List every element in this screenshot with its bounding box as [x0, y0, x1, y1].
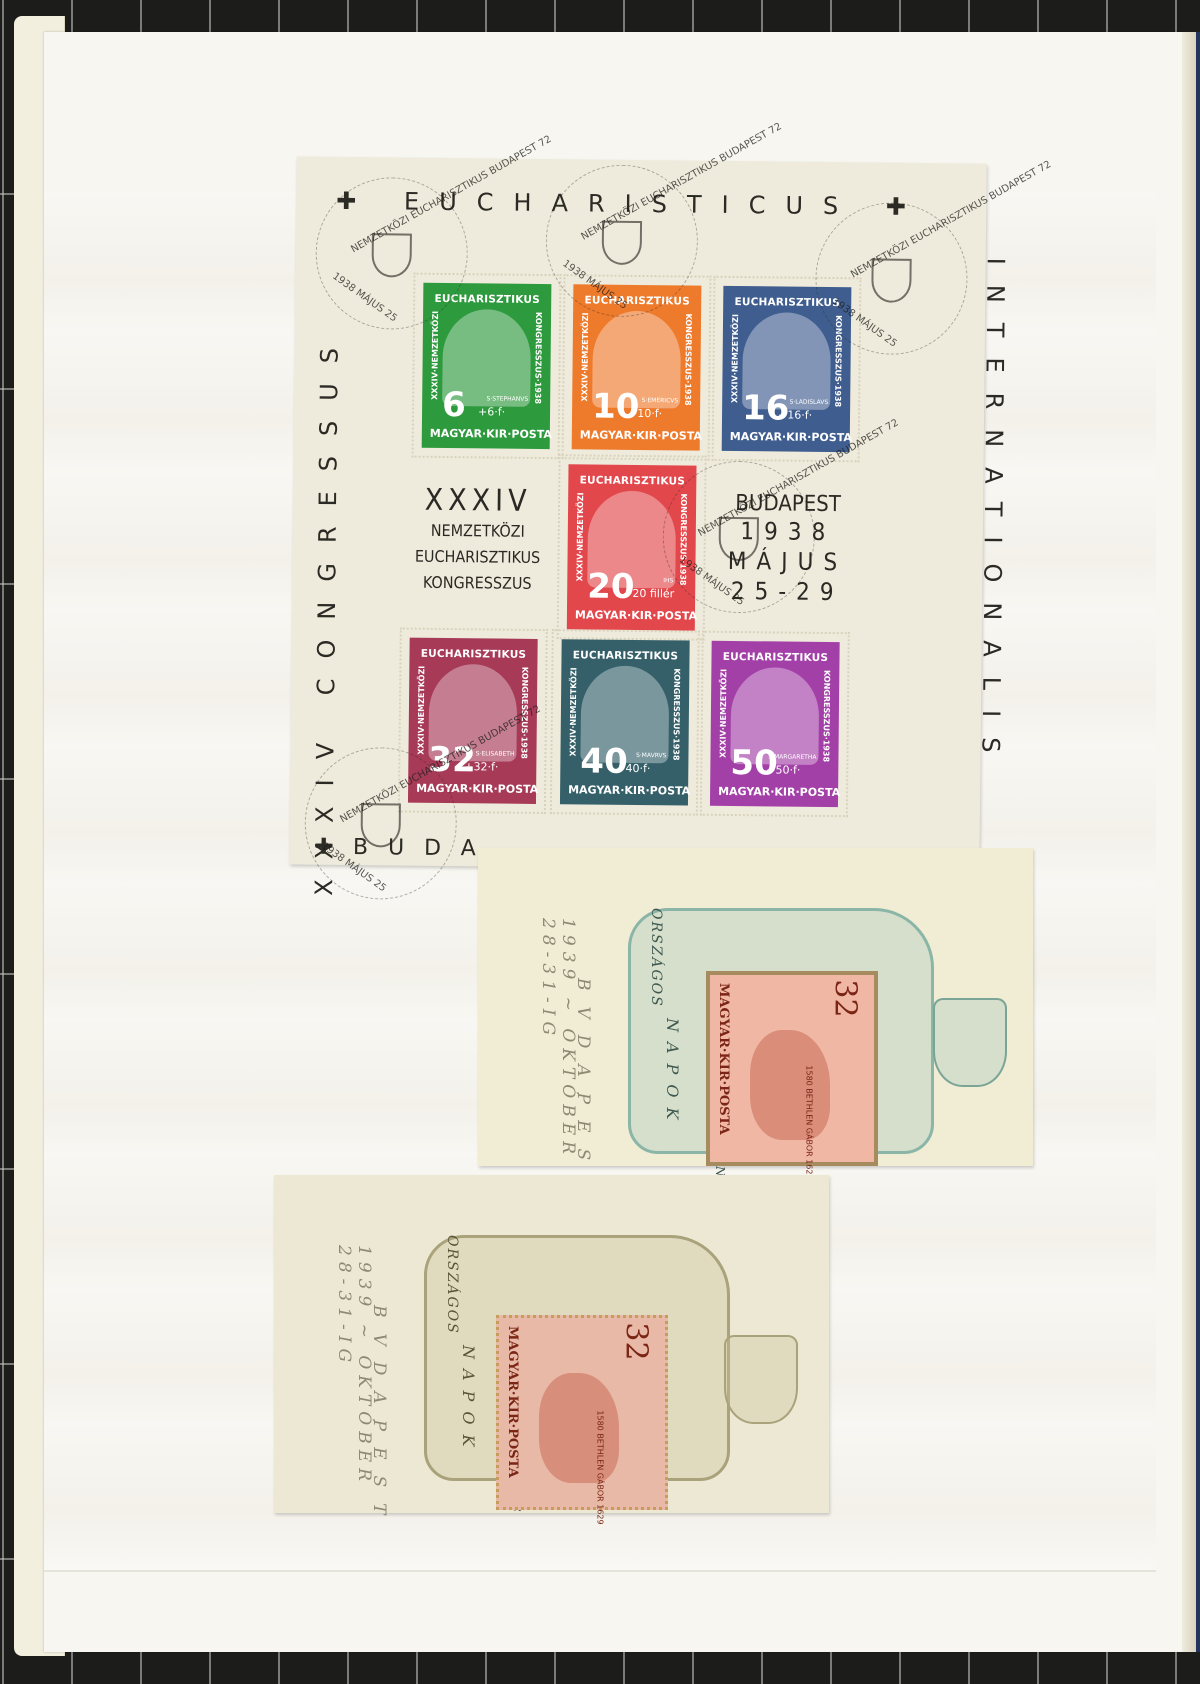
saint-name: IHS [663, 577, 673, 584]
stamp-surcharge: +32·f· [464, 760, 498, 773]
stamp-country: MAGYAR·KIR·POSTA [716, 983, 731, 1135]
saint-name: S·STEPHANVS [487, 395, 529, 402]
stamp-header: EUCHARISZTIKUS [571, 649, 679, 662]
stamp-country: MAGYAR·KIR·POSTA [718, 785, 830, 799]
stamp-side-text: XXXIV·NEMZETKÖZI [718, 669, 728, 758]
stamp-surcharge: +16·f· [778, 408, 812, 421]
stamp-side-text: KONGRESSZUS·1938 [533, 312, 543, 404]
souvenir-sheet-1939-green[interactable]: 1939 ~ OKTÓBER 28-31-IG BVDAPEST ORSZÁGO… [478, 848, 1033, 1166]
sheet-border-right: INTERNATIONALIS [976, 258, 1010, 818]
banner-text: ORSZÁGOS [444, 1235, 460, 1335]
stamp-40f[interactable]: EUCHARISZTIKUSXXXIV·NEMZETKÖZIKONGRESSZU… [560, 639, 690, 805]
stamp-dates: 1580 BETHLEN GÁBOR 1629 [804, 1065, 813, 1179]
stamp-50f[interactable]: EUCHARISZTIKUSXXXIV·NEMZETKÖZIKONGRESSZU… [710, 641, 840, 807]
stamp-country: MAGYAR·KIR·POSTA [505, 1326, 520, 1478]
postmark: NEMZETKÖZI EUCHARISZTIKUS BUDAPEST 72 19… [662, 460, 816, 614]
banner-text: ORSZÁGOS [648, 908, 664, 1008]
stamp-surcharge: +40·f· [616, 762, 650, 775]
postmark-date: 1938 MÁJUS 25 [560, 258, 629, 312]
stamp-side-text: KONGRESSZUS·1938 [671, 668, 681, 760]
stamp-value: 32 [618, 1322, 653, 1360]
stamp-surcharge: +6·f· [478, 405, 505, 418]
stamp-header: EUCHARISZTIKUS [721, 651, 829, 664]
postmark: NEMZETKÖZI EUCHARISZTIKUS BUDAPEST 72 19… [545, 164, 699, 318]
stamp-country: MAGYAR·KIR·POSTA [575, 608, 687, 622]
saint-name: S·MAVRVS [636, 752, 667, 759]
hungarian-coat-of-arms-icon [933, 998, 1007, 1087]
saint-name: S·LADISLAVS [790, 399, 829, 406]
stamp-surcharge: +20 fillér [623, 587, 674, 601]
souvenir-sheet-1938[interactable]: ✚ EUCHARISTICUS ✚ XXXIV CONGRESSUS INTER… [289, 156, 986, 871]
coat-of-arms-icon [371, 233, 411, 277]
stamp-country: MAGYAR·KIR·POSTA [580, 428, 692, 442]
saint-name: S·ELISABETH [476, 750, 515, 757]
coat-of-arms-icon [602, 221, 642, 265]
stamp-side-text: KONGRESSZUS·1938 [683, 313, 693, 405]
stamp-side-text: XXXIV·NEMZETKÖZI [430, 311, 440, 400]
sheet-city-text: BVDAPEST [369, 1305, 389, 1531]
stamp-header: EUCHARISZTIKUS [419, 648, 527, 661]
stamp-country: MAGYAR·KIR·POSTA [430, 427, 542, 441]
stamp-side-text: XXXIV·NEMZETKÖZI [730, 314, 740, 403]
stamp-side-text: KONGRESSZUS·1938 [821, 670, 831, 762]
stamp-dates: 1580 BETHLEN GÁBOR 1629 [595, 1410, 604, 1524]
coat-of-arms-icon [719, 517, 759, 561]
stamp-side-text: XXXIV·NEMZETKÖZI [416, 666, 426, 755]
stamp-surcharge: +50·f· [766, 763, 800, 776]
coat-of-arms-icon [360, 803, 400, 847]
saint-name: S·EMERICVS [642, 397, 679, 404]
coat-of-arms-icon [871, 258, 911, 302]
banner-text: NAPOK [459, 1345, 478, 1456]
caption-line: KONGRESSZUS [412, 570, 542, 597]
stamp-surcharge: +10·f· [628, 407, 662, 420]
sheet-city-text: BVDAPEST [573, 978, 593, 1204]
stamp-country: MAGYAR·KIR·POSTA [568, 783, 680, 797]
stamp-side-text: XXXIV·NEMZETKÖZI [580, 312, 590, 401]
page-stack-edge [1182, 32, 1196, 1652]
stamp-country: MAGYAR·KIR·POSTA [730, 430, 842, 444]
banner-text: NAPOK [663, 1018, 682, 1129]
album-cover-edge [1196, 32, 1200, 1652]
postmark: NEMZETKÖZI EUCHARISZTIKUS BUDAPEST 72 19… [815, 202, 969, 356]
sheet-left-caption: XXXIV NEMZETKÖZI EUCHARISZTIKUS KONGRESS… [412, 483, 543, 597]
stamp-32f[interactable]: MAGYAR·KIR·POSTA 32 1580 BETHLEN GÁBOR 1… [706, 971, 878, 1166]
stamp-side-text: XXXIV·NEMZETKÖZI [575, 492, 585, 581]
stamp-side-text: XXXIV·NEMZETKÖZI [568, 667, 578, 756]
stamp-32f[interactable]: MAGYAR·KIR·POSTA 32 1580 BETHLEN GÁBOR 1… [496, 1315, 668, 1510]
horseman-icon [539, 1373, 619, 1483]
stamp-value: 32 [827, 979, 862, 1017]
hungarian-coat-of-arms-icon [724, 1335, 798, 1424]
stamp-header: EUCHARISZTIKUS [578, 474, 686, 487]
caption-line: NEMZETKÖZI [413, 518, 543, 545]
stamp-value: 6 [442, 388, 466, 422]
souvenir-sheet-1939-olive[interactable]: 1939 ~ OKTÓBER 28-31-IG BVDAPEST ORSZÁGO… [274, 1175, 829, 1513]
sheet-date-text: 1939 ~ OKTÓBER 28-31-IG [538, 918, 578, 1166]
postmark: NEMZETKÖZI EUCHARISZTIKUS BUDAPEST 72 19… [304, 747, 458, 901]
horseman-icon [750, 1030, 830, 1140]
caption-line: XXXIV [413, 483, 543, 519]
sheet-date-text: 1939 ~ OKTÓBER 28-31-IG [334, 1245, 374, 1513]
caption-line: EUCHARISZTIKUS [412, 544, 542, 571]
